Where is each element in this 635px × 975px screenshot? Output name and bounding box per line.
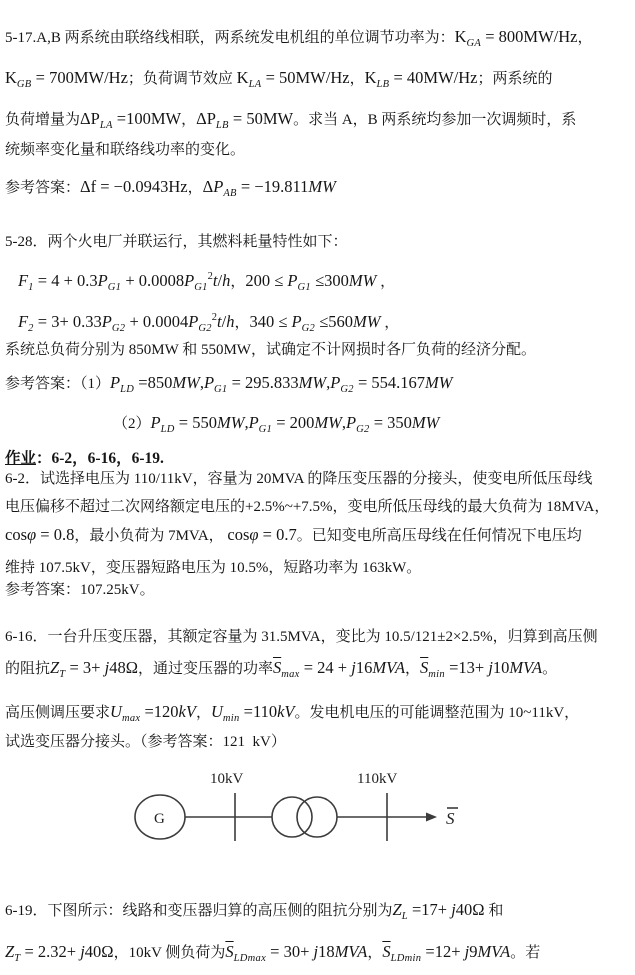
problem-5-28-title: 5-28．两个火电厂并联运行，其燃料耗量特性如下： [5,231,348,253]
problem-6-16-line-1: 6-16．一台升压变压器，其额定容量为 31.5MVA，变比为 10.5/121… [5,626,598,648]
transformer-winding-1 [272,797,312,837]
problem-6-2-line-3: cosφ = 0.8，最小负荷为 7MVA， cosφ = 0.7。已知变电所高… [5,524,582,547]
problem-6-2-line-1: 6-2．试选择电压为 110/11kV，容量为 20MVA 的降压变压器的分接头… [5,468,592,490]
problem-5-17-answer: 参考答案：Δf = −0.0943Hz，ΔPAB = −19.811MW [5,176,336,205]
problem-5-28-formula-2: F2 = 3+ 0.33PG2 + 0.0004PG22t/h，340 ≤ PG… [18,307,399,340]
transformer-winding-2 [297,797,337,837]
problem-6-16-line-3: 高压侧调压要求Umax =120kV，Umin =110kV。发电机电压的可能调… [5,701,579,730]
problem-5-28-answer-2: （2）PLD = 550MW,PG1 = 200MW,PG2 = 350MW [113,412,439,441]
problem-6-19-line-2: ZT = 2.32+ j40Ω，10kV 侧负荷为SLDmax = 30+ j1… [5,941,540,970]
load-label: S [446,809,455,828]
problem-5-17-line-4: 统频率变化量和联络线功率的变化。 [5,139,245,161]
problem-6-19-line-1: 6-19．下图所示：线路和变压器归算的高压侧的阻抗分别为ZL =17+ j40Ω… [5,899,503,928]
circuit-diagram: 10kV 110kV G S [130,763,470,868]
bus-110kv-label: 110kV [357,771,397,787]
problem-6-2-line-4: 维持 107.5kV，变压器短路电压为 10.5%，短路功率为 163kW。 [5,557,421,579]
problem-6-2-answer: 参考答案：107.25kV。 [5,579,155,601]
generator-label: G [154,811,165,827]
problem-5-17-line-3: 负荷增量为ΔPLA =100MW，ΔPLB = 50MW。求当 A，B 两系统均… [5,108,576,137]
bus-10kv-label: 10kV [210,771,244,787]
problem-6-16-answer: 试选变压器分接头。（参考答案：121 kV） [5,731,286,753]
document-page: 5-17.A,B 两系统由联络线相联，两系统发电机组的单位调节功率为：KGA =… [0,0,635,975]
problem-5-17-line-1: 5-17.A,B 两系统由联络线相联，两系统发电机组的单位调节功率为：KGA =… [5,26,593,55]
problem-6-16-line-2: 的阻抗ZT = 3+ j48Ω，通过变压器的功率Smax = 24 + j16M… [5,657,557,686]
problem-5-28-answer-1: 参考答案：（1）PLD =850MW,PG1 = 295.833MW,PG2 =… [5,372,453,401]
power-flow-arrow [426,813,437,822]
problem-5-28-load-line: 系统总负荷分别为 850MW 和 550MW，试确定不计网损时各厂负荷的经济分配… [5,339,536,361]
problem-6-2-line-2: 电压偏移不超过二次网络额定电压的+2.5%~+7.5%，变电所低压母线的最大负荷… [5,496,609,518]
homework-header: 作业：6-2，6-16，6-19. [5,448,164,470]
problem-5-28-formula-1: F1 = 4 + 0.3PG1 + 0.0008PG12t/h，200 ≤ PG… [18,266,395,299]
problem-5-17-line-2: KGB = 700MW/Hz；负荷调节效应 KLA = 50MW/Hz，KLB … [5,67,553,96]
